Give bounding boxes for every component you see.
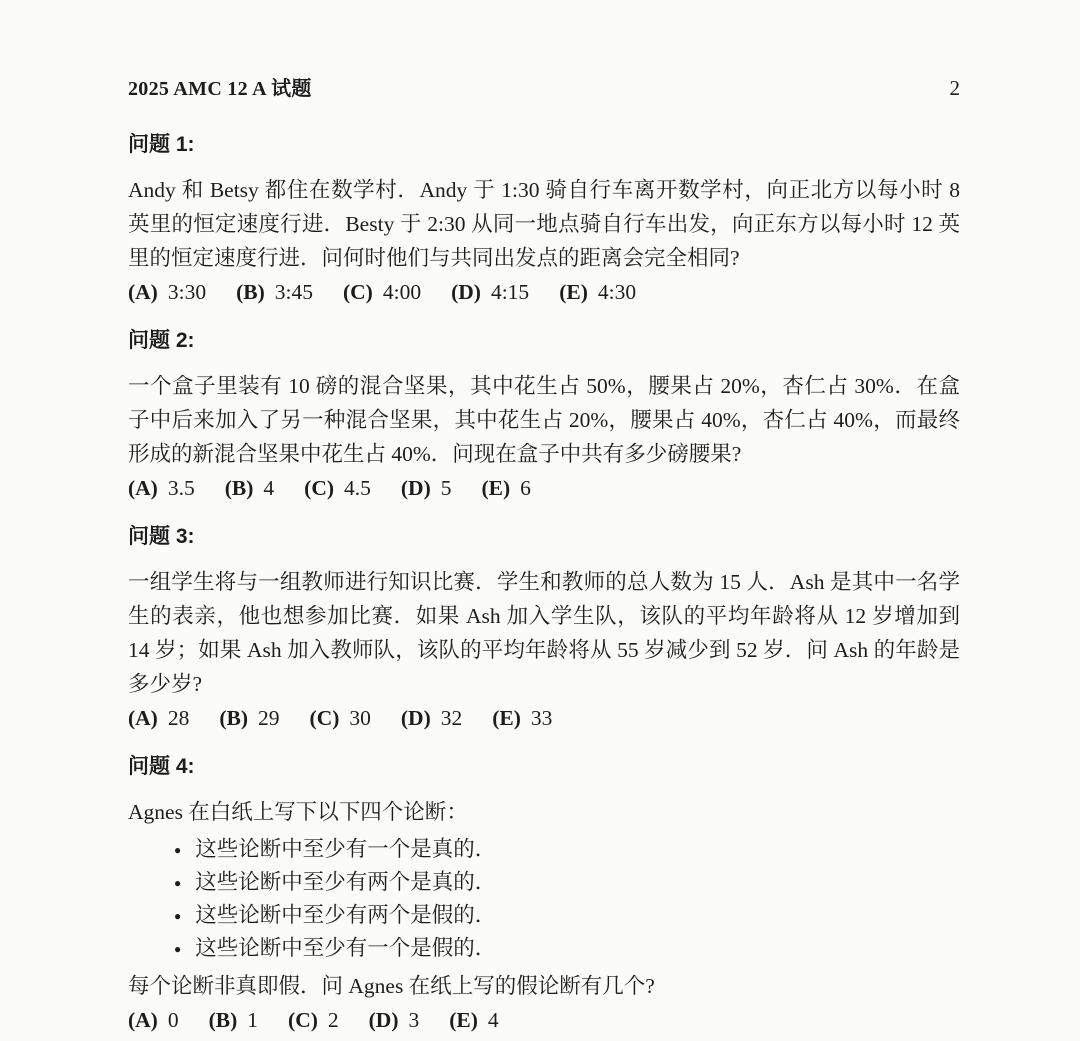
choice-letter: (A) [128,1005,158,1035]
choice-value: 32 [441,703,463,733]
bullet-icon: ● [174,877,181,889]
problem-4-choices: (A) 0 (B) 1 (C) 2 (D) 3 (E) 4 [128,1005,960,1035]
bullet-icon: ● [174,844,181,856]
choice-letter: (E) [449,1005,478,1035]
choice-letter: (D) [451,277,481,307]
statement-item: ● 这些论断中至少有两个是真的． [174,866,960,899]
statement-item: ● 这些论断中至少有两个是假的． [174,899,960,932]
problem-2-text: 一个盒子里装有 10 磅的混合坚果，其中花生占 50%，腰果占 20%，杏仁占 … [128,369,960,471]
choice-b: (B) 3:45 [236,277,313,307]
choice-value: 3 [409,1005,420,1035]
choice-value: 4 [263,473,274,503]
choice-letter: (E) [482,473,511,503]
choice-value: 4:15 [491,277,529,307]
bullet-icon: ● [174,943,181,955]
choice-c: (C) 4:00 [343,277,421,307]
problem-4-label: 问题 4: [128,753,960,781]
choice-a: (A) 3.5 [128,473,195,503]
page-number: 2 [950,76,961,101]
statement-item: ● 这些论断中至少有一个是真的． [174,833,960,866]
choice-e: (E) 33 [492,703,552,733]
choice-value: 3:30 [168,277,206,307]
choice-value: 3.5 [168,473,195,503]
choice-b: (B) 29 [219,703,279,733]
choice-value: 4:00 [383,277,421,307]
choice-letter: (B) [209,1005,238,1035]
choice-letter: (A) [128,473,158,503]
problem-4: 问题 4: Agnes 在白纸上写下以下四个论断： ● 这些论断中至少有一个是真… [128,753,960,1035]
statement-text: 这些论断中至少有两个是假的． [195,899,496,932]
choice-letter: (E) [492,703,521,733]
problem-2: 问题 2: 一个盒子里装有 10 磅的混合坚果，其中花生占 50%，腰果占 20… [128,327,960,503]
choice-letter: (C) [343,277,373,307]
choice-d: (D) 32 [401,703,462,733]
choice-c: (C) 2 [288,1005,339,1035]
problem-4-intro: Agnes 在白纸上写下以下四个论断： [128,795,960,829]
choice-letter: (B) [219,703,248,733]
choice-a: (A) 3:30 [128,277,206,307]
choice-a: (A) 28 [128,703,189,733]
choice-value: 2 [328,1005,339,1035]
choice-value: 28 [168,703,190,733]
choice-value: 3:45 [275,277,313,307]
choice-value: 29 [258,703,280,733]
problem-3-label: 问题 3: [128,523,960,551]
document-header: 2025 AMC 12 A 试题 2 [128,72,960,101]
choice-c: (C) 4.5 [304,473,371,503]
choice-letter: (A) [128,277,158,307]
exam-page: 2025 AMC 12 A 试题 2 问题 1: Andy 和 Betsy 都住… [0,0,1080,1041]
choice-c: (C) 30 [310,703,371,733]
problem-2-choices: (A) 3.5 (B) 4 (C) 4.5 (D) 5 (E) 6 [128,473,960,503]
problem-4-statements: ● 这些论断中至少有一个是真的． ● 这些论断中至少有两个是真的． ● 这些论断… [128,833,960,965]
choice-value: 0 [168,1005,179,1035]
bullet-icon: ● [174,910,181,922]
problem-1-text: Andy 和 Betsy 都住在数学村．Andy 于 1:30 骑自行车离开数学… [128,173,960,275]
statement-text: 这些论断中至少有一个是假的． [195,932,496,965]
choice-value: 1 [247,1005,258,1035]
choice-e: (E) 4:30 [559,277,636,307]
choice-letter: (C) [304,473,334,503]
choice-letter: (D) [401,473,431,503]
choice-d: (D) 5 [401,473,452,503]
statement-item: ● 这些论断中至少有一个是假的． [174,932,960,965]
choice-letter: (A) [128,703,158,733]
choice-letter: (C) [310,703,340,733]
choice-letter: (B) [225,473,254,503]
choice-b: (B) 1 [209,1005,258,1035]
choice-e: (E) 6 [482,473,531,503]
problem-1-choices: (A) 3:30 (B) 3:45 (C) 4:00 (D) 4:15 (E) … [128,277,960,307]
choice-value: 4.5 [344,473,371,503]
choice-value: 4 [488,1005,499,1035]
choice-value: 5 [441,473,452,503]
choice-d: (D) 4:15 [451,277,529,307]
choice-value: 30 [349,703,371,733]
choice-d: (D) 3 [369,1005,420,1035]
choice-b: (B) 4 [225,473,274,503]
choice-e: (E) 4 [449,1005,498,1035]
problem-1: 问题 1: Andy 和 Betsy 都住在数学村．Andy 于 1:30 骑自… [128,131,960,307]
problem-3-choices: (A) 28 (B) 29 (C) 30 (D) 32 (E) 33 [128,703,960,733]
problem-2-label: 问题 2: [128,327,960,355]
problem-1-label: 问题 1: [128,131,960,159]
choice-letter: (D) [369,1005,399,1035]
choice-value: 4:30 [598,277,636,307]
choice-a: (A) 0 [128,1005,179,1035]
problem-3-text: 一组学生将与一组教师进行知识比赛．学生和教师的总人数为 15 人．Ash 是其中… [128,565,960,701]
choice-value: 33 [531,703,553,733]
choice-value: 6 [520,473,531,503]
statement-text: 这些论断中至少有两个是真的． [195,866,496,899]
choice-letter: (E) [559,277,588,307]
problem-3: 问题 3: 一组学生将与一组教师进行知识比赛．学生和教师的总人数为 15 人．A… [128,523,960,733]
choice-letter: (D) [401,703,431,733]
problem-4-outro: 每个论断非真即假．问 Agnes 在纸上写的假论断有几个? [128,969,960,1003]
choice-letter: (B) [236,277,265,307]
choice-letter: (C) [288,1005,318,1035]
document-title: 2025 AMC 12 A 试题 [128,72,312,101]
statement-text: 这些论断中至少有一个是真的． [195,833,496,866]
